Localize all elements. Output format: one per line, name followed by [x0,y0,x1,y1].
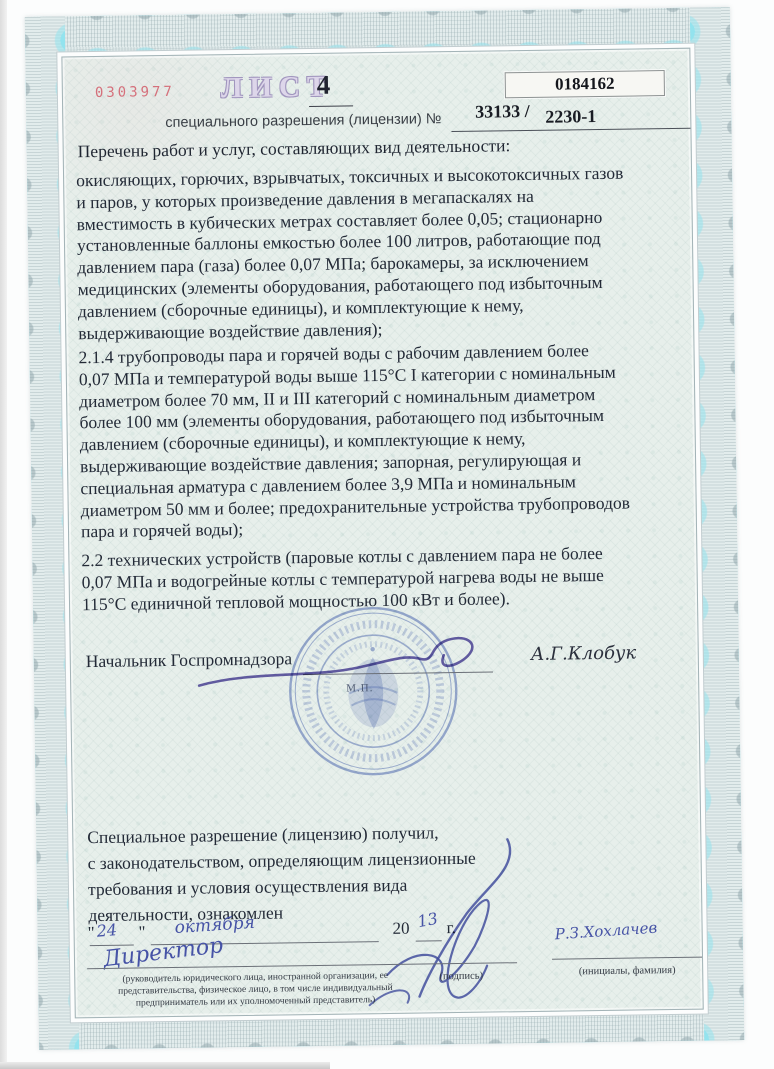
official-name: А.Г.Клобук [531,642,637,664]
license-number-underline [451,128,690,132]
sheet-number: 4 [317,70,331,101]
date-open-quote: " [87,923,94,943]
works-list-heading: Перечень работ и услуг, составляющих вид… [78,135,511,162]
scan-edge-left [0,0,7,1069]
license-number-suffix: 2230-1 [545,106,596,128]
license-sheet: 0303977 ЛИСТ 4 0184162 специального разр… [25,7,744,1050]
document-panel: 0303977 ЛИСТ 4 0184162 специального разр… [61,48,703,1019]
initials-caption: (инициалы, фамилия) [552,965,702,978]
signature-caption: (подпись) [425,970,497,982]
recipient-caption: (руководитель юридического лица, иностра… [85,969,425,1010]
initials-handwriting: Р.З.Хохлачев [554,919,658,944]
official-signature-stroke [190,630,491,704]
date-close-quote: " [138,922,145,942]
red-serial-number: 0303977 [95,84,175,101]
date-day-handwritten: 24 [96,920,118,941]
license-caption: специального разрешения (лицензии) № [165,111,441,131]
paragraph-2-1-4: 2.1.4 трубопроводы пара и горячей воды с… [78,339,699,544]
paragraph-gases: окисляющих, горючих, взрывчатых, токсичн… [76,162,696,345]
sheet-number-underline [309,105,353,107]
form-number-box: 0184162 [505,70,665,98]
license-number: 33133 / [475,101,530,123]
initials-line [552,957,702,960]
scan-edge-bottom [0,1062,330,1069]
